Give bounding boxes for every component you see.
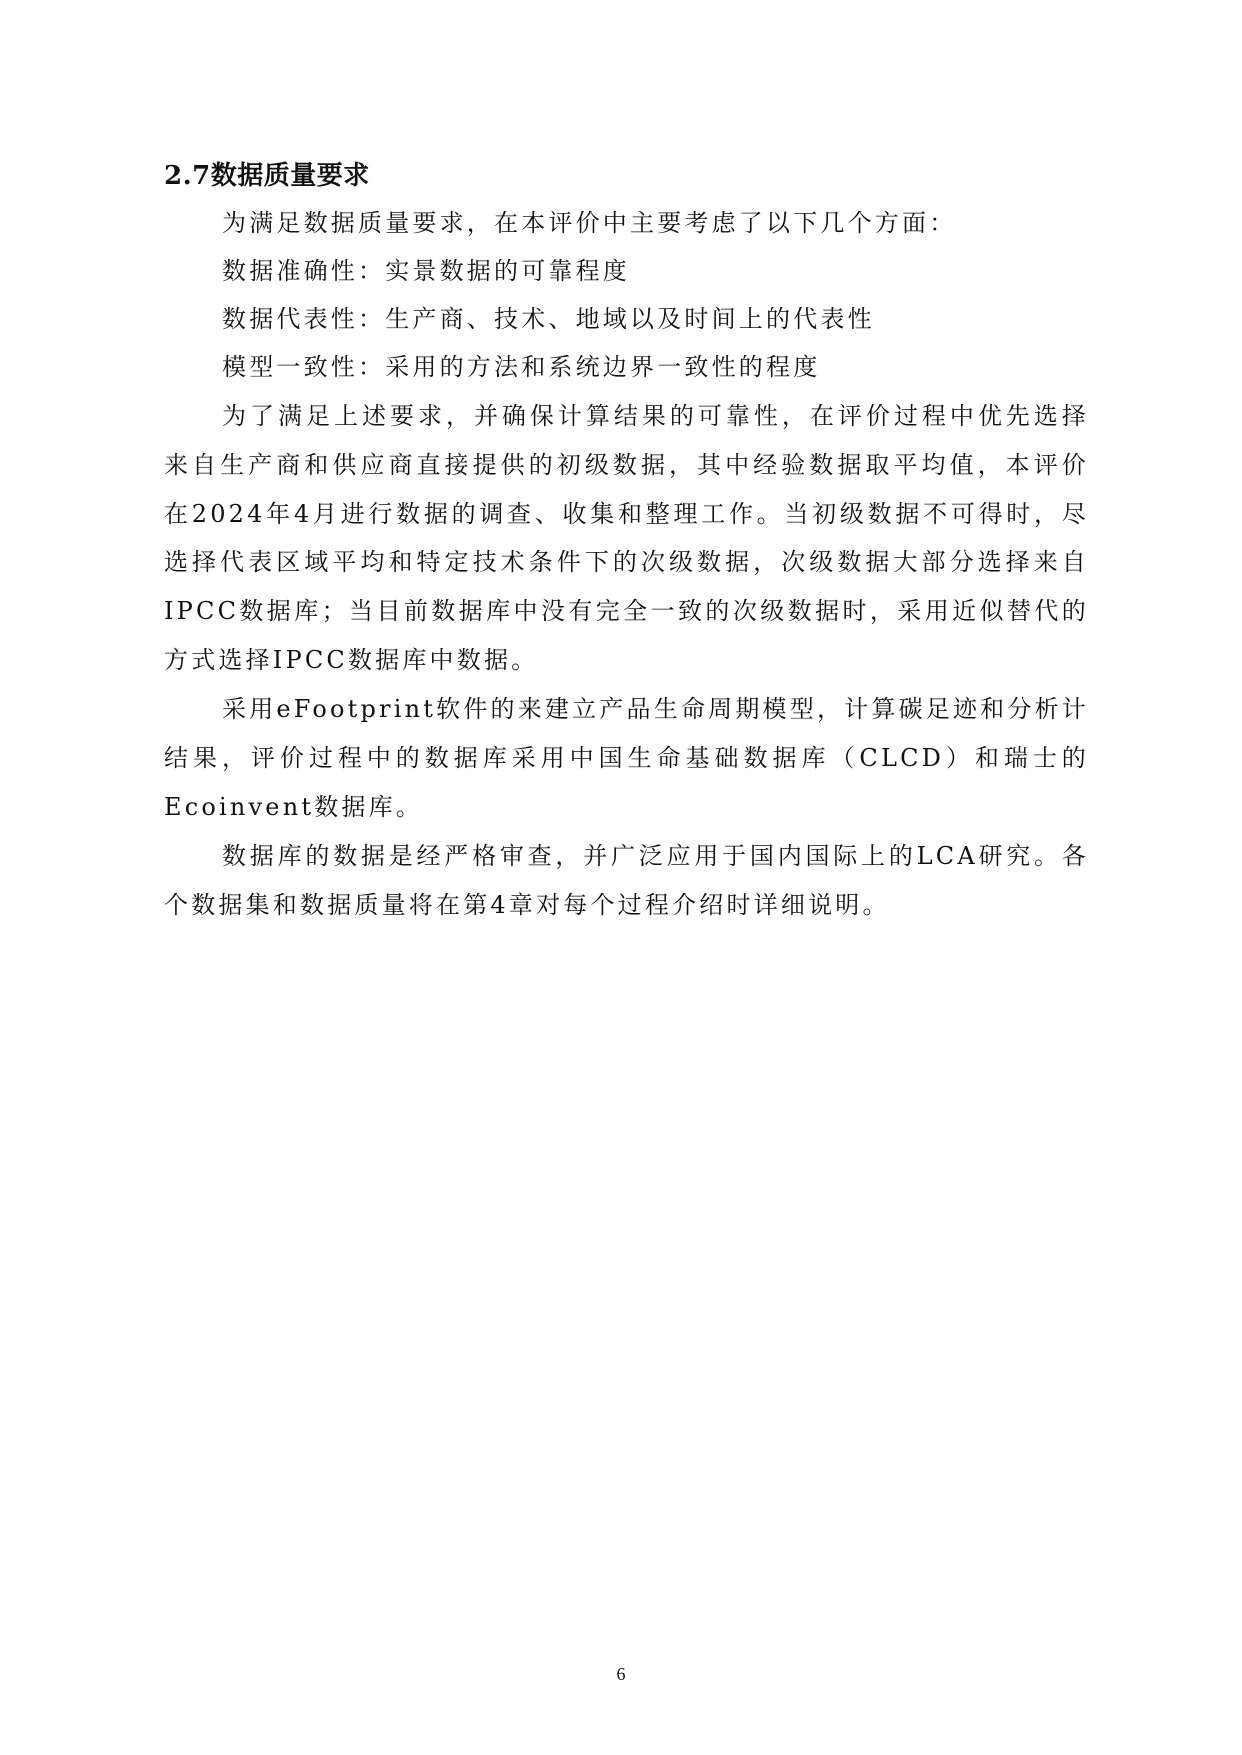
section-heading: 2.7数据质量要求 [164,160,370,192]
paragraph-line: 采用eFootprint软件的来建立产品生命周期模型，计算碳足迹和分析计算 [222,693,1089,725]
paragraph-line: Ecoinvent数据库。 [164,791,1089,823]
paragraph-line: 结果，评价过程中的数据库采用中国生命基础数据库（CLCD）和瑞士的 [164,742,1089,774]
paragraph-line: 模型一致性：采用的方法和系统边界一致性的程度 [222,351,1147,383]
paragraph-line: IPCC数据库；当目前数据库中没有完全一致的次级数据时，采用近似替代的 [164,595,1089,627]
paragraph-line: 数据准确性：实景数据的可靠程度 [222,255,1147,287]
paragraph-line: 为满足数据质量要求，在本评价中主要考虑了以下几个方面： [222,207,1147,239]
paragraph-line: 方式选择IPCC数据库中数据。 [164,644,1089,676]
paragraph-line: 数据库的数据是经严格审查，并广泛应用于国内国际上的LCA研究。各 [222,840,1089,872]
paragraph-line: 在2024年4月进行数据的调查、收集和整理工作。当初级数据不可得时，尽量 [164,498,1089,530]
paragraph-line: 来自生产商和供应商直接提供的初级数据，其中经验数据取平均值，本评价 [164,449,1089,481]
paragraph-line: 个数据集和数据质量将在第4章对每个过程介绍时详细说明。 [164,889,1089,921]
paragraph-line: 为了满足上述要求，并确保计算结果的可靠性，在评价过程中优先选择 [222,400,1089,432]
paragraph-line: 选择代表区域平均和特定技术条件下的次级数据，次级数据大部分选择来自 [164,546,1089,578]
paragraph-line: 数据代表性：生产商、技术、地域以及时间上的代表性 [222,303,1147,335]
page-number: 6 [0,1664,1242,1685]
